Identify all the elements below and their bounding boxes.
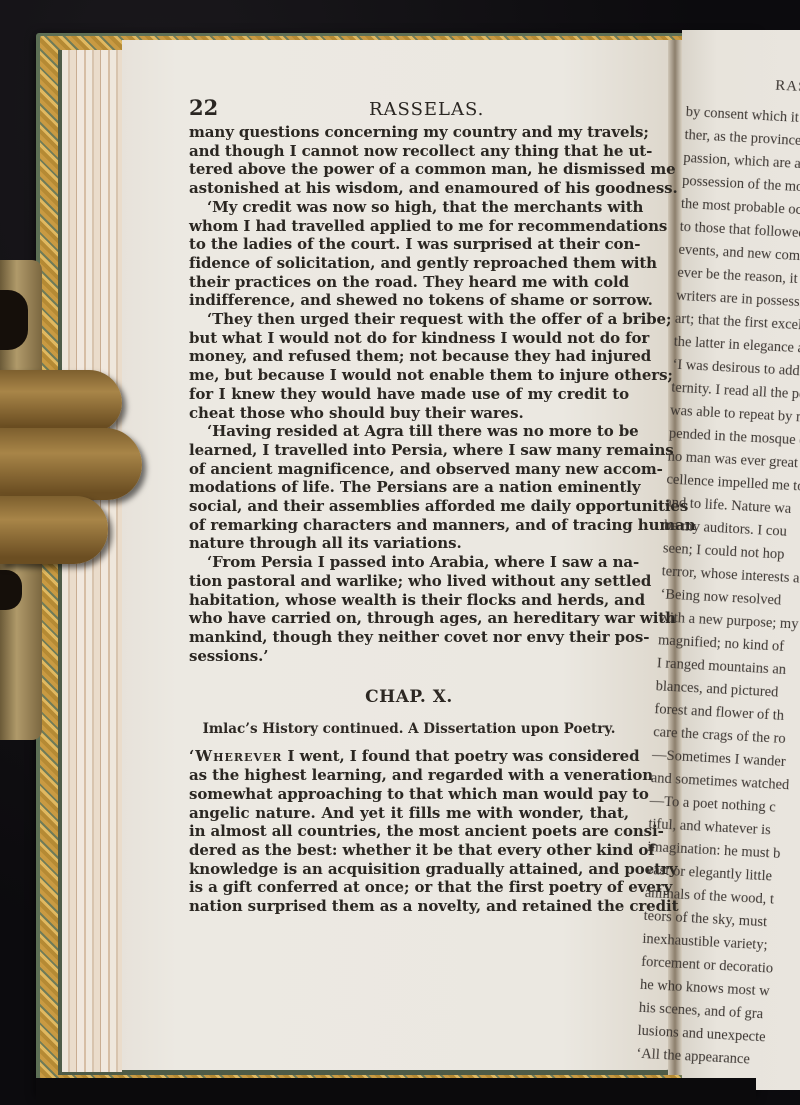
- text-line: ‘Having resided at Agra till there was n…: [189, 422, 629, 441]
- page-header: 22 RASSELAS.: [189, 95, 629, 119]
- text-line: ‘They then urged their request with the …: [189, 310, 629, 329]
- text-line: tered above the power of a common man, h…: [189, 160, 629, 179]
- text-fragment: I went, I found that poetry was consider…: [282, 747, 639, 765]
- table-shadow: [36, 1078, 756, 1105]
- text-line: their practices on the road. They heard …: [189, 273, 629, 292]
- text-line: astonished at his wisdom, and enamoured …: [189, 179, 629, 198]
- text-line: fidence of solicitation, and gently repr…: [189, 254, 629, 273]
- text-line: social, and their assemblies afforded me…: [189, 497, 629, 516]
- text-line: knowledge is an acquisition gradually at…: [189, 860, 629, 879]
- text-line: ‘Wherever I went, I found that poetry wa…: [189, 747, 629, 766]
- text-line: indifference, and shewed no tokens of sh…: [189, 291, 629, 310]
- text-line: tion pastoral and warlike; who lived wit…: [189, 572, 629, 591]
- right-running-head: RASS: [775, 75, 800, 101]
- clip-finger: [0, 428, 142, 500]
- text-line: who have carried on, through ages, an he…: [189, 609, 629, 628]
- opening-word: ‘Wherever: [189, 747, 282, 765]
- text-line: modations of life. The Persians are a na…: [189, 478, 629, 497]
- text-line: for I knew they would have made use of m…: [189, 385, 629, 404]
- clip-finger: [0, 496, 108, 564]
- text-line: whom I had travelled applied to me for r…: [189, 217, 629, 236]
- text-line: nature through all its variations.: [189, 534, 629, 553]
- text-line: angelic nature. And yet it fills me with…: [189, 804, 629, 823]
- chapter-heading: CHAP. X.: [189, 687, 629, 707]
- text-line: but what I would not do for kindness I w…: [189, 329, 629, 348]
- text-line: many questions concerning my country and…: [189, 123, 629, 142]
- text-line: learned, I travelled into Persia, where …: [189, 441, 629, 460]
- text-line: me, but because I would not enable them …: [189, 366, 629, 385]
- text-line: cheat those who should buy their wares.: [189, 404, 629, 423]
- clip-hole: [0, 290, 28, 350]
- left-page-text: 22 RASSELAS. many questions concerning m…: [189, 95, 629, 916]
- text-line: as the highest learning, and regarded wi…: [189, 766, 629, 785]
- text-line: dered as the best: whether it be that ev…: [189, 841, 629, 860]
- text-line: somewhat approaching to that which man w…: [189, 785, 629, 804]
- text-line: habitation, whose wealth is their flocks…: [189, 591, 629, 610]
- brass-page-clip: [0, 260, 145, 740]
- text-line: of remarking characters and manners, and…: [189, 516, 629, 535]
- text-line: ‘From Persia I passed into Arabia, where…: [189, 553, 629, 572]
- page-number: 22: [189, 95, 229, 120]
- text-line: money, and refused them; not because the…: [189, 347, 629, 366]
- text-line: of ancient magnificence, and observed ma…: [189, 460, 629, 479]
- text-line: to the ladies of the court. I was surpri…: [189, 235, 629, 254]
- text-line: in almost all countries, the most ancien…: [189, 822, 629, 841]
- text-line: and though I cannot now recollect any th…: [189, 142, 629, 161]
- chapter-subtitle: Imlac’s History continued. A Dissertatio…: [189, 721, 629, 737]
- text-line: ‘My credit was now so high, that the mer…: [189, 198, 629, 217]
- text-line: nation surprised them as a novelty, and …: [189, 897, 629, 916]
- clip-finger: [0, 370, 122, 432]
- running-head: RASSELAS.: [369, 99, 484, 120]
- text-line: is a gift conferred at once; or that the…: [189, 878, 629, 897]
- text-line: mankind, though they neither covet nor e…: [189, 628, 629, 647]
- text-line: sessions.’: [189, 647, 629, 666]
